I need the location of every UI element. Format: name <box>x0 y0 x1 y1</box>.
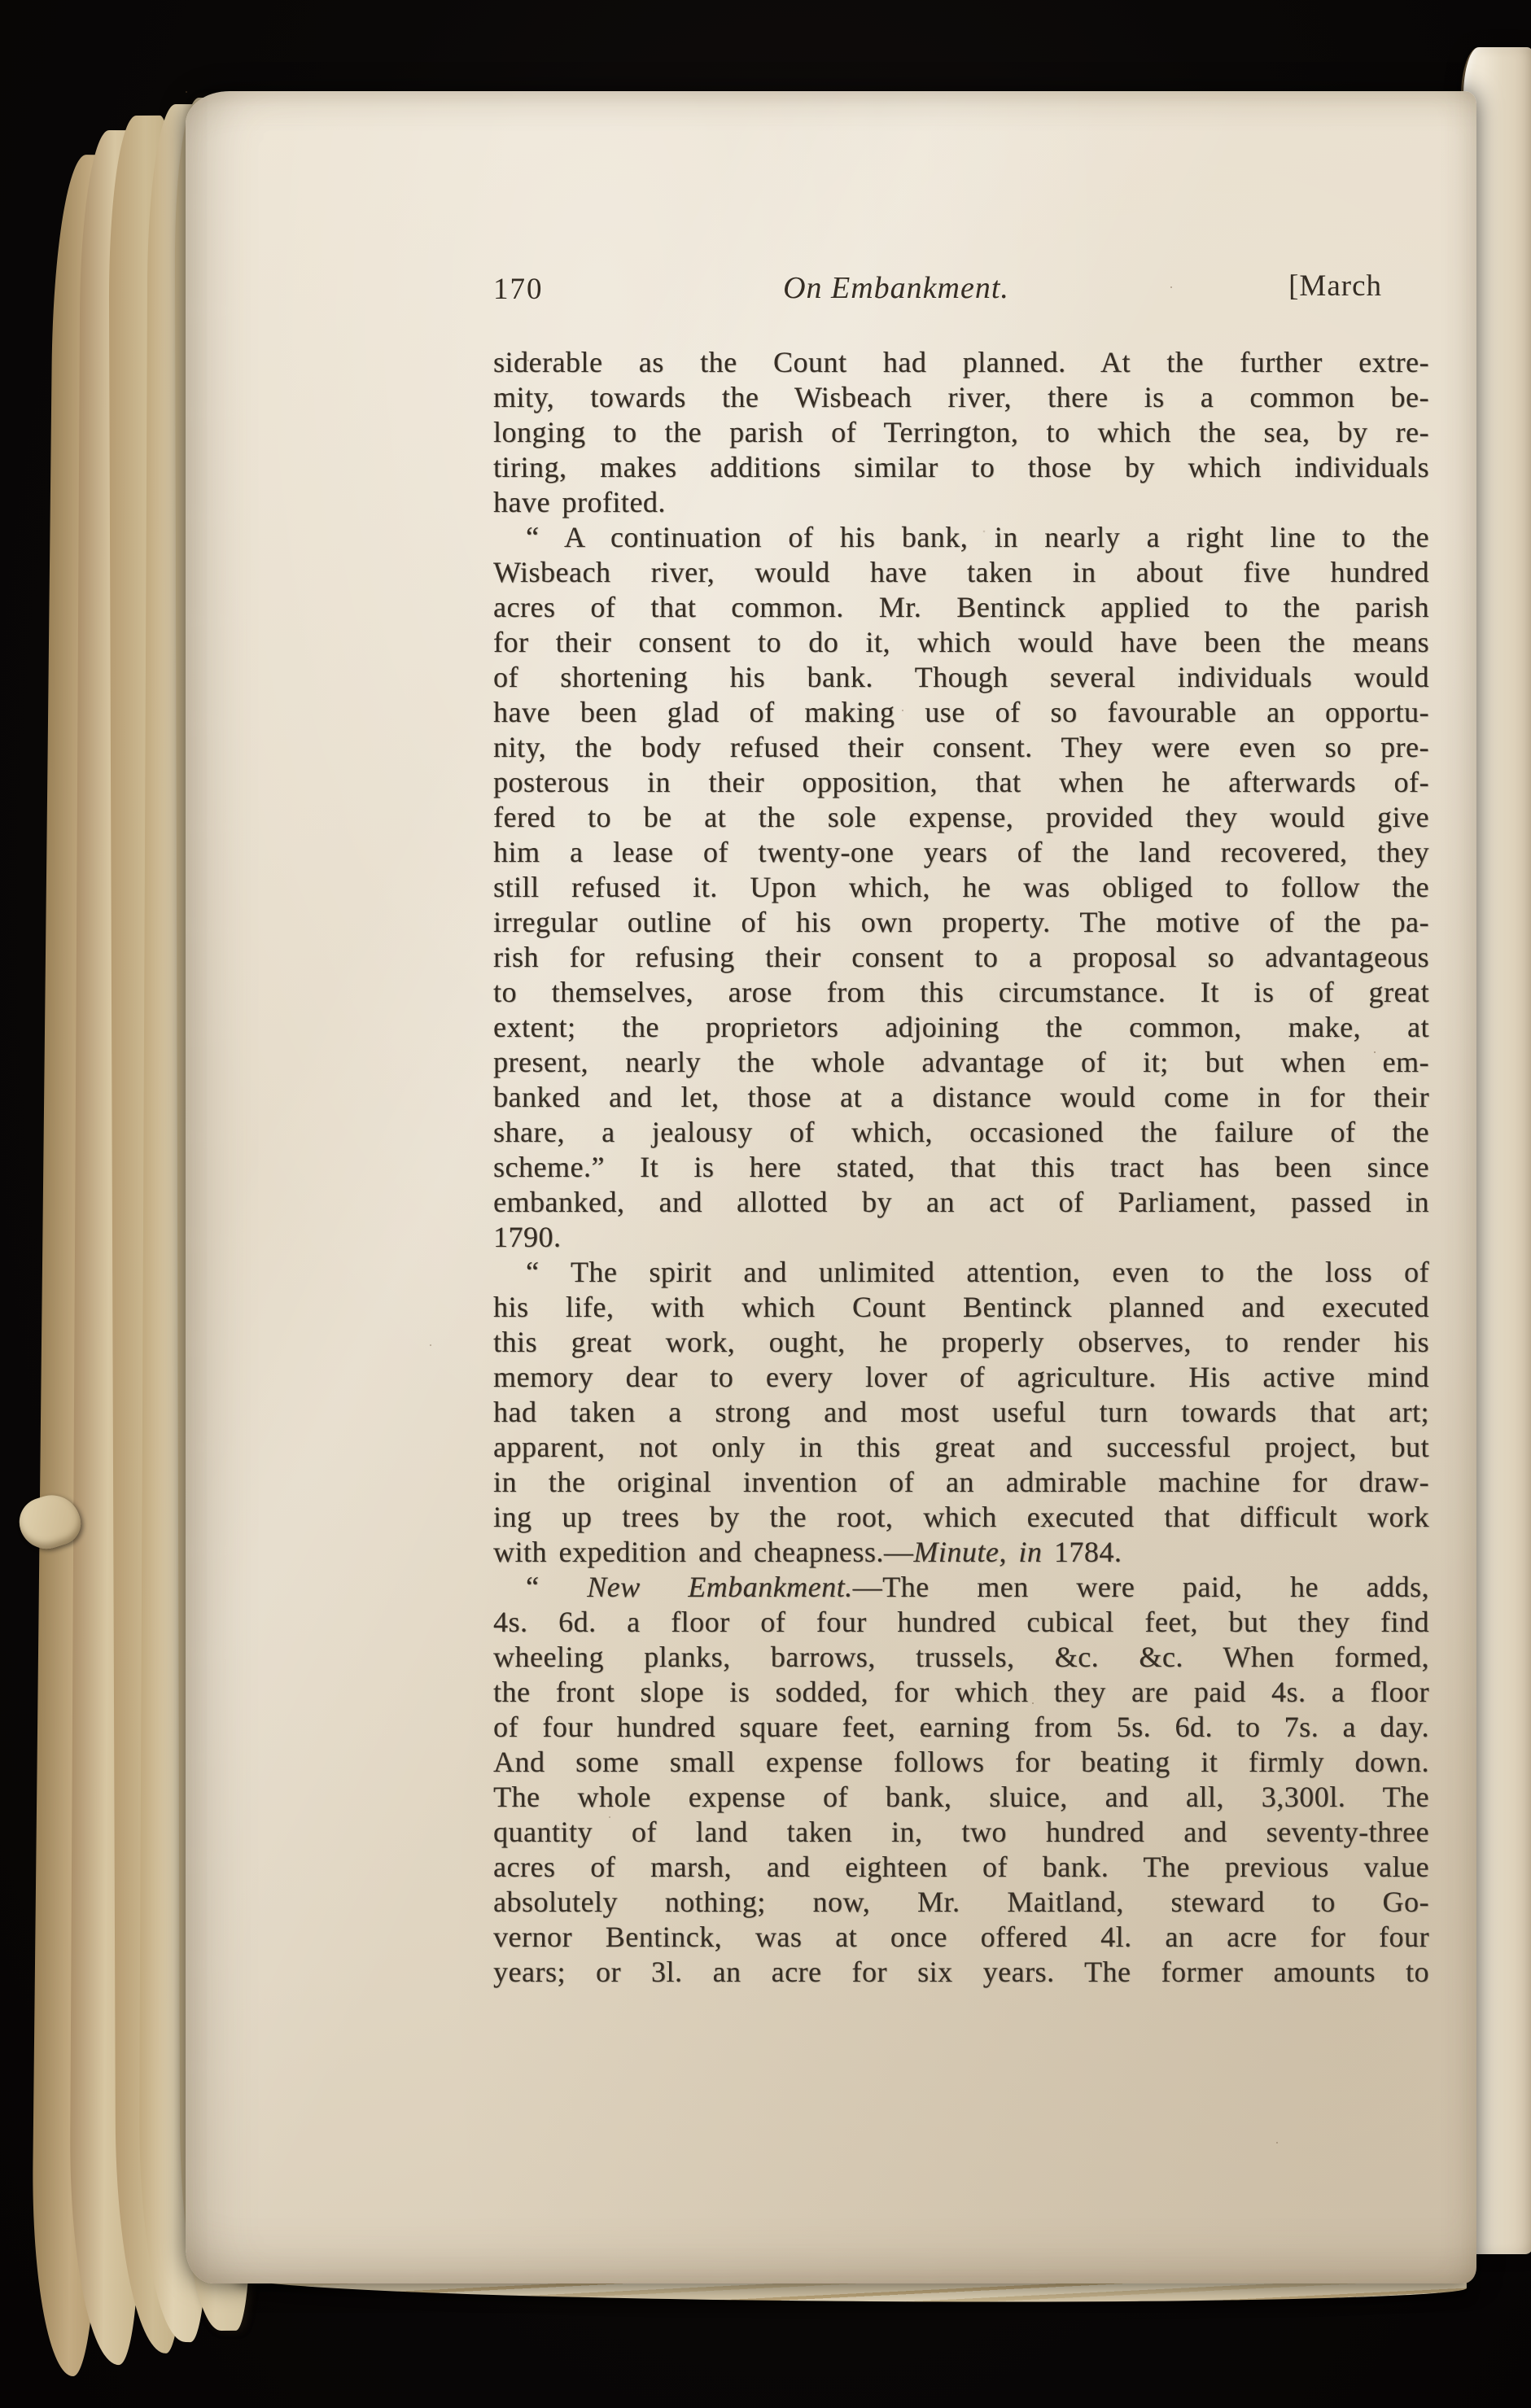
book-photograph: 170 On Embankment. [March siderable as t… <box>0 0 1531 2408</box>
text-line: And some small expense follows for beati… <box>493 1745 1429 1780</box>
body-text: siderable as the Count had planned. At t… <box>493 345 1429 1990</box>
text-line: 4s. 6d. a floor of four hundred cubical … <box>493 1605 1429 1640</box>
text-line: share, a jealousy of which, occasioned t… <box>493 1115 1429 1150</box>
text-line: him a lease of twenty-one years of the l… <box>493 835 1429 870</box>
text-line: “ The spirit and unlimited attention, ev… <box>493 1255 1429 1290</box>
text-line: have profited. <box>493 485 1429 520</box>
text-line: tiring, makes additions similar to those… <box>493 450 1429 485</box>
text-line: scheme.” It is here stated, that this tr… <box>493 1150 1429 1185</box>
text-line: wheeling planks, barrows, trussels, &c. … <box>493 1640 1429 1675</box>
photograph-background: { "colors": { "background": "#0a0807", "… <box>0 0 1531 2408</box>
text-line: with expedition and cheapness.—Minute, i… <box>493 1535 1429 1570</box>
text-line: his life, with which Count Bentinck plan… <box>493 1290 1429 1325</box>
text-line: banked and let, those at a distance woul… <box>493 1080 1429 1115</box>
text-line: The whole expense of bank, sluice, and a… <box>493 1780 1429 1815</box>
text-line: longing to the parish of Terrington, to … <box>493 415 1429 450</box>
text-line: had taken a strong and most useful turn … <box>493 1395 1429 1430</box>
text-line: 1790. <box>493 1220 1429 1255</box>
text-line: fered to be at the sole expense, provide… <box>493 800 1429 835</box>
book-page: 170 On Embankment. [March siderable as t… <box>186 91 1476 2283</box>
paragraph: “ New Embankment.—The men were paid, he … <box>493 1570 1429 1990</box>
paper-specks <box>186 91 187 93</box>
text-line: “ New Embankment.—The men were paid, he … <box>493 1570 1429 1605</box>
text-line: memory dear to every lover of agricultur… <box>493 1360 1429 1395</box>
text-line: ing up trees by the root, which executed… <box>493 1500 1429 1535</box>
text-line: the front slope is sodded, for which the… <box>493 1675 1429 1710</box>
text-line: acres of that common. Mr. Bentinck appli… <box>493 590 1429 625</box>
text-line: nity, the body refused their consent. Th… <box>493 730 1429 765</box>
text-line: of four hundred square feet, earning fro… <box>493 1710 1429 1745</box>
paragraph: “ The spirit and unlimited attention, ev… <box>493 1255 1429 1570</box>
text-line: “ A continuation of his bank, in nearly … <box>493 520 1429 555</box>
text-line: vernor Bentinck, was at once offered 4l.… <box>493 1920 1429 1955</box>
text-line: acres of marsh, and eighteen of bank. Th… <box>493 1850 1429 1885</box>
paragraph: “ A continuation of his bank, in nearly … <box>493 520 1429 1255</box>
month-marker: [March <box>1288 269 1382 304</box>
text-line: in the original invention of an admirabl… <box>493 1465 1429 1500</box>
text-line: absolutely nothing; now, Mr. Maitland, s… <box>493 1885 1429 1920</box>
text-line: mity, towards the Wisbeach river, there … <box>493 380 1429 415</box>
text-line: irregular outline of his own property. T… <box>493 905 1429 940</box>
text-line: to themselves, arose from this circumsta… <box>493 975 1429 1010</box>
text-line: this great work, ought, he properly obse… <box>493 1325 1429 1360</box>
text-line: embanked, and allotted by an act of Parl… <box>493 1185 1429 1220</box>
text-line: apparent, not only in this great and suc… <box>493 1430 1429 1465</box>
text-line: quantity of land taken in, two hundred a… <box>493 1815 1429 1850</box>
text-line: still refused it. Upon which, he was obl… <box>493 870 1429 905</box>
text-line: have been glad of making use of so favou… <box>493 695 1429 730</box>
page-header: 170 On Embankment. [March <box>493 272 1429 312</box>
text-line: rish for refusing their consent to a pro… <box>493 940 1429 975</box>
text-line: of shortening his bank. Though several i… <box>493 660 1429 695</box>
text-line: extent; the proprietors adjoining the co… <box>493 1010 1429 1045</box>
paragraph: siderable as the Count had planned. At t… <box>493 345 1429 520</box>
text-line: siderable as the Count had planned. At t… <box>493 345 1429 380</box>
page-number: 170 <box>493 272 544 307</box>
text-line: Wisbeach river, would have taken in abou… <box>493 555 1429 590</box>
text-line: present, nearly the whole advantage of i… <box>493 1045 1429 1080</box>
text-line: posterous in their opposition, that when… <box>493 765 1429 800</box>
text-line: for their consent to do it, which would … <box>493 625 1429 660</box>
running-title: On Embankment. <box>783 270 1009 306</box>
text-line: years; or 3l. an acre for six years. The… <box>493 1955 1429 1990</box>
